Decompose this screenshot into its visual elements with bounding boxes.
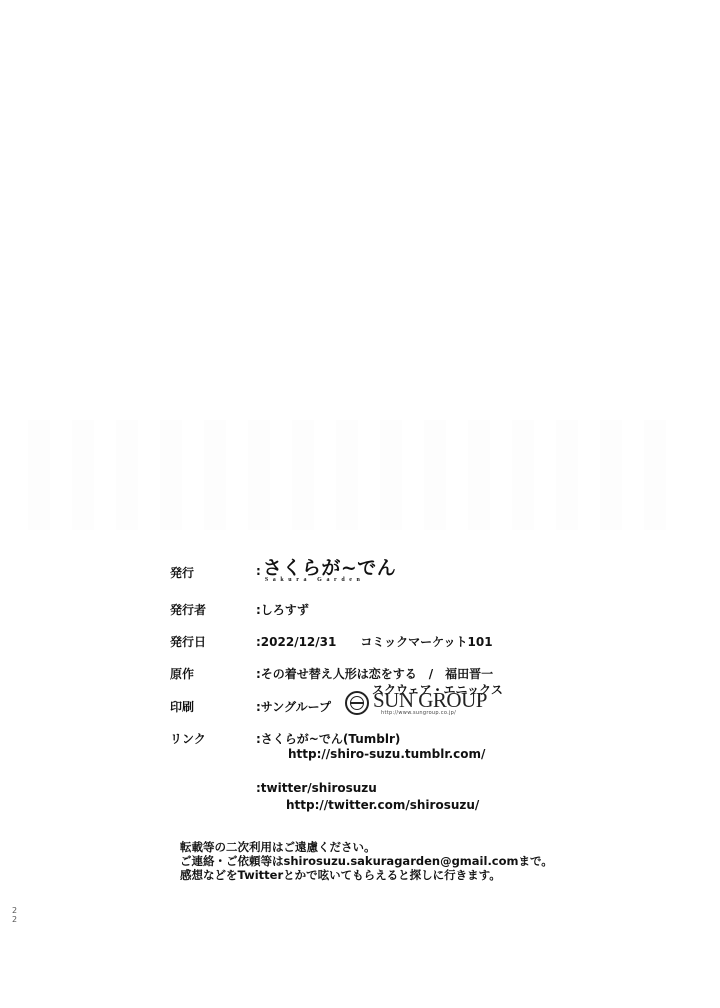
note-line-3: 感想などをTwitterとかで呟いてもらえると探しに行きます。 [180, 868, 553, 882]
printing-label: 印刷 [170, 698, 194, 715]
sakura-garden-logo: : さくらが~でん Sakura Garden [256, 558, 396, 583]
sun-group-text: SUN GROUP http://www.sungroup.co.jp/ [373, 690, 487, 716]
original-value-line1: :その着せ替え人形は恋をする / 福田晋一 [256, 665, 493, 682]
author-value: :しろすず [256, 601, 309, 618]
author-label: 発行者 [170, 601, 206, 618]
sun-group-emblem-icon [345, 691, 369, 715]
date-value: :2022/12/31 コミックマーケット101 [256, 633, 493, 650]
logo-main-text: さくらが~でん [263, 558, 396, 578]
note-line-2: ご連絡・ご依頼等はshirosuzu.sakuragarden@gmail.co… [180, 854, 553, 868]
publisher-colon: : [256, 564, 261, 578]
logo-block: さくらが~でん Sakura Garden [263, 558, 396, 583]
notes-block: 転載等の二次利用はご遠慮ください。 ご連絡・ご依頼等はshirosuzu.sak… [180, 840, 553, 882]
tumblr-name: :さくらが~でん(Tumblr) [256, 730, 400, 747]
twitter-url[interactable]: http://twitter.com/shirosuzu/ [286, 798, 479, 812]
date-label: 発行日 [170, 633, 206, 650]
twitter-name: :twitter/shirosuzu [256, 781, 377, 795]
note-line-1: 転載等の二次利用はご遠慮ください。 [180, 840, 553, 854]
printing-value: :サングループ [256, 698, 331, 715]
bleed-through-ghost [28, 420, 688, 530]
links-label: リンク [170, 730, 206, 747]
sun-group-url: http://www.sungroup.co.jp/ [381, 710, 487, 716]
logo-sub-text: Sakura Garden [265, 577, 365, 583]
page-number: 22 [10, 906, 18, 924]
publisher-label: 発行 [170, 564, 194, 581]
sun-group-name: SUN GROUP [373, 690, 487, 710]
sun-group-logo: SUN GROUP http://www.sungroup.co.jp/ [345, 690, 487, 716]
original-label: 原作 [170, 665, 194, 682]
tumblr-url[interactable]: http://shiro-suzu.tumblr.com/ [288, 747, 485, 761]
